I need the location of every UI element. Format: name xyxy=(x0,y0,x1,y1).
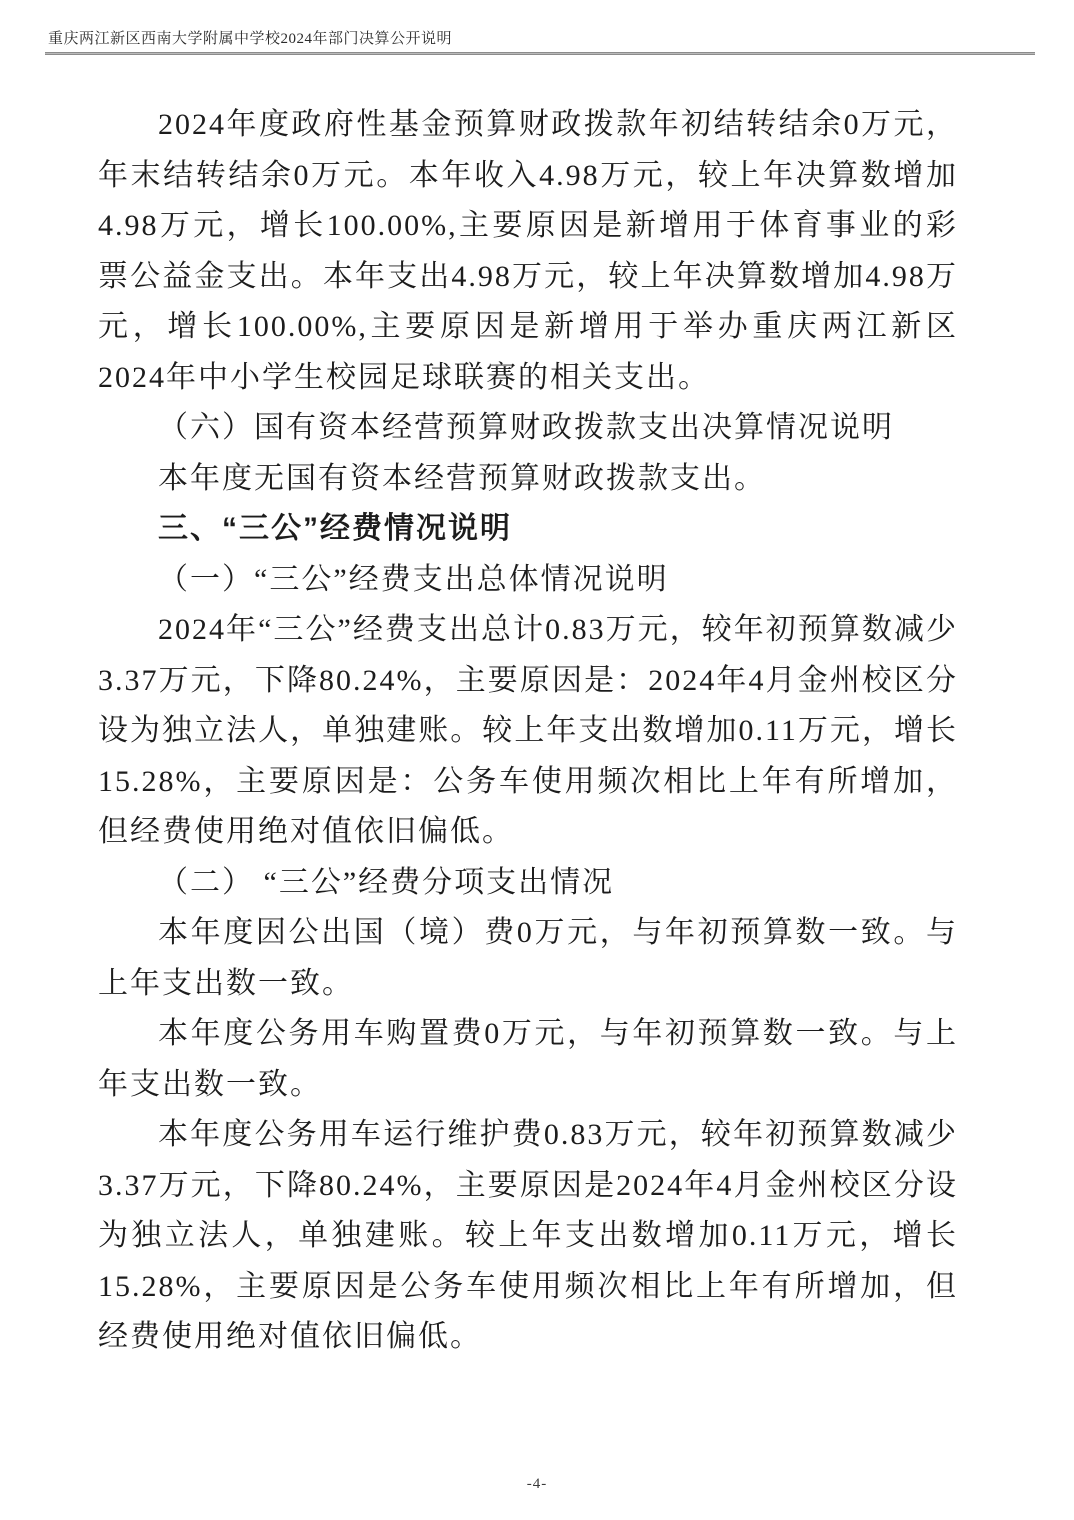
paragraph-overseas-trip-expense: 本年度因公出国（境）费0万元，与年初预算数一致。与上年支出数一致。 xyxy=(98,908,958,1009)
document-body: 2024年度政府性基金预算财政拨款年初结转结余0万元，年末结转结余0万元。本年收… xyxy=(98,100,958,1363)
page-number: -4- xyxy=(527,1476,548,1492)
paragraph-vehicle-maintenance-expense: 本年度公务用车运行维护费0.83万元，较年初预算数减少3.37万元，下降80.2… xyxy=(98,1110,958,1363)
heading-three-public-funds: 三、“三公”经费情况说明 xyxy=(98,504,958,555)
heading-section-six-state-capital: （六）国有资本经营预算财政拨款支出决算情况说明 xyxy=(98,403,958,454)
paragraph-overall-spending-detail: 2024年“三公”经费支出总计0.83万元，较年初预算数减少3.37万元，下降8… xyxy=(98,605,958,858)
heading-subsection-one-overall: （一）“三公”经费支出总体情况说明 xyxy=(98,555,958,606)
document-page: 重庆两江新区西南大学附属中学校2024年部门决算公开说明 2024年度政府性基金… xyxy=(0,0,1074,1520)
paragraph-gov-fund-budget-summary: 2024年度政府性基金预算财政拨款年初结转结余0万元，年末结转结余0万元。本年收… xyxy=(98,100,958,403)
header-rule xyxy=(45,52,1035,55)
heading-subsection-two-itemized: （二） “三公”经费分项支出情况 xyxy=(98,858,958,909)
page-footer: -4- xyxy=(0,1476,1074,1493)
paragraph-no-state-capital-expenditure: 本年度无国有资本经营预算财政拨款支出。 xyxy=(98,454,958,505)
paragraph-vehicle-purchase-expense: 本年度公务用车购置费0万元，与年初预算数一致。与上年支出数一致。 xyxy=(98,1009,958,1110)
header-title: 重庆两江新区西南大学附属中学校2024年部门决算公开说明 xyxy=(48,27,452,48)
